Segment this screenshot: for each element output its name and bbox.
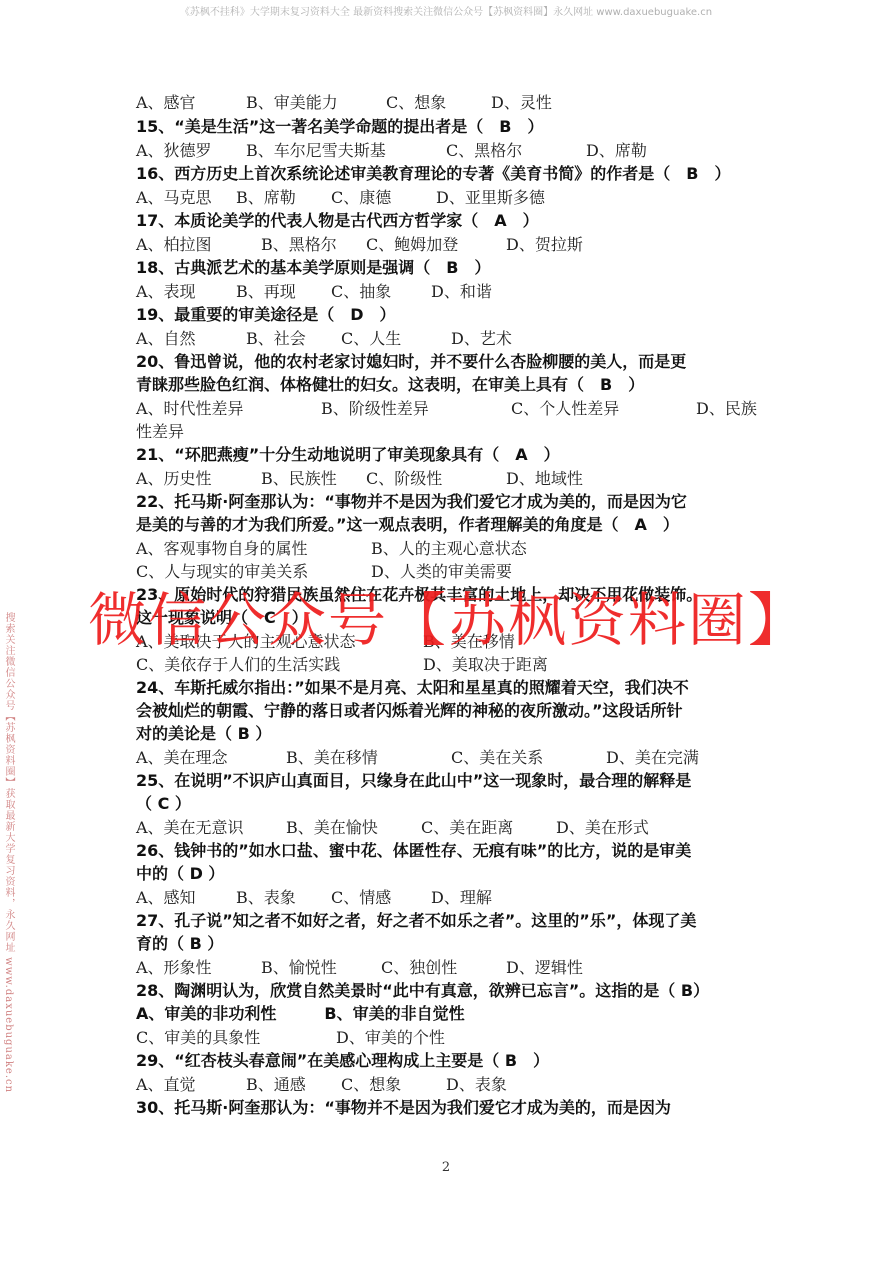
answer-option: A、美在无意识 bbox=[136, 817, 244, 839]
answer-option: D、亚里斯多德 bbox=[436, 187, 545, 209]
answer-option: D、美在形式 bbox=[556, 817, 649, 839]
answer-option: C、阶级性 bbox=[366, 468, 442, 490]
answer-option: D、和谐 bbox=[431, 281, 492, 303]
answer-option: C、个人性差异 bbox=[511, 398, 619, 420]
answer-option: A、柏拉图 bbox=[136, 234, 212, 256]
question-text-line: 27、孔子说”知之者不如好之者，好之者不如乐之者”。这里的”乐”，体现了美 bbox=[136, 910, 696, 932]
answer-option: D、美在完满 bbox=[606, 747, 699, 769]
question-text-line: 25、在说明”不识庐山真面目，只缘身在此山中”这一现象时，最合理的解释是 bbox=[136, 770, 691, 792]
answer-option: A、感官 bbox=[136, 92, 196, 114]
answer-option: A、狄德罗 bbox=[136, 140, 212, 162]
question-text-line: 29、“红杏枝头春意闹”在美感心理构成上主要是（ B ） bbox=[136, 1050, 549, 1072]
answer-option: B、美在移情 bbox=[423, 631, 515, 653]
answer-option: C、情感 bbox=[331, 887, 391, 909]
answer-option: B、愉悦性 bbox=[261, 957, 337, 979]
answer-option: B、再现 bbox=[236, 281, 296, 303]
answer-option: C、人生 bbox=[341, 328, 401, 350]
question-text-line: 20、鲁迅曾说，他的农村老家讨媳妇时，并不要什么杏脸柳腰的美人，而是更 bbox=[136, 351, 686, 373]
answer-option: A、历史性 bbox=[136, 468, 212, 490]
question-text-line: 对的美论是（ B ） bbox=[136, 723, 271, 745]
question-text-line: 青睐那些脸色红润、体格健壮的妇女。这表明，在审美上具有（ B ） bbox=[136, 374, 644, 396]
answer-option: D、美取决于距离 bbox=[423, 654, 548, 676]
answer-option: B、美在愉快 bbox=[286, 817, 378, 839]
answer-option: B、席勒 bbox=[236, 187, 296, 209]
answer-option: D、民族 bbox=[696, 398, 757, 420]
answer-option: B、社会 bbox=[246, 328, 306, 350]
answer-option: C、黑格尔 bbox=[446, 140, 522, 162]
answer-option: C、康德 bbox=[331, 187, 391, 209]
answer-option: C、抽象 bbox=[331, 281, 391, 303]
answer-option: D、地域性 bbox=[506, 468, 583, 490]
answer-option: A、感知 bbox=[136, 887, 196, 909]
answer-option: A、马克思 bbox=[136, 187, 212, 209]
answer-option: D、席勒 bbox=[586, 140, 647, 162]
answer-option: C、想象 bbox=[386, 92, 446, 114]
answer-option: D、人类的审美需要 bbox=[371, 561, 512, 583]
answer-option: B、车尔尼雪夫斯基 bbox=[246, 140, 386, 162]
answer-option: A、时代性差异 bbox=[136, 398, 244, 420]
answer-option: C、美在关系 bbox=[451, 747, 543, 769]
side-watermark-text: 搜索关注微信公众号【苏枫资料圈】获取最新大学复习资料，永久网址 www.daxu… bbox=[2, 612, 16, 1093]
answer-option: B、美在移情 bbox=[286, 747, 378, 769]
question-text-line: 中的（ D ） bbox=[136, 863, 224, 885]
question-text-line: 30、托马斯·阿奎那认为：“事物并不是因为我们爱它才成为美的，而是因为 bbox=[136, 1097, 671, 1119]
answer-option: D、贺拉斯 bbox=[506, 234, 583, 256]
answer-option: A、形象性 bbox=[136, 957, 212, 979]
question-text-line: 16、西方历史上首次系统论述审美教育理论的专著《美育书简》的作者是（ B ） bbox=[136, 163, 730, 185]
answer-option: A、客观事物自身的属性 bbox=[136, 538, 308, 560]
question-text-line: 28、陶渊明认为，欣赏自然美景时“此中有真意，欲辨已忘言”。这指的是（ B） bbox=[136, 980, 709, 1002]
page-header-banner: 《苏枫不挂科》大学期末复习资料大全 最新资料搜索关注微信公众号【苏枫资料圈】永久… bbox=[0, 3, 892, 18]
answer-option: C、想象 bbox=[341, 1074, 401, 1096]
answer-option: B、黑格尔 bbox=[261, 234, 337, 256]
question-text-line: 22、托马斯·阿奎那认为：“事物并不是因为我们爱它才成为美的，而是因为它 bbox=[136, 491, 687, 513]
answer-option: C、美依存于人们的生活实践 bbox=[136, 654, 340, 676]
answer-option: D、理解 bbox=[431, 887, 492, 909]
answer-option: C、审美的具象性 bbox=[136, 1027, 260, 1049]
answer-option: D、艺术 bbox=[451, 328, 512, 350]
answer-option: C、人与现实的审美关系 bbox=[136, 561, 308, 583]
question-text-line: 育的（ B ） bbox=[136, 933, 223, 955]
answer-option: D、灵性 bbox=[491, 92, 552, 114]
question-text-line: 19、最重要的审美途径是（ D ） bbox=[136, 304, 396, 326]
question-text-line: 15、“美是生活”这一著名美学命题的提出者是（ B ） bbox=[136, 116, 544, 138]
answer-option: D、表象 bbox=[446, 1074, 507, 1096]
answer-option: A、美在理念 bbox=[136, 747, 228, 769]
answer-option: D、审美的个性 bbox=[336, 1027, 445, 1049]
question-text-line: 23、原始时代的狩猎民族虽然住在花卉极其丰富的土地上，却决不用花做装饰。 bbox=[136, 584, 702, 606]
answer-option: A、自然 bbox=[136, 328, 196, 350]
answer-option: A、美取决于人的主观心意状态 bbox=[136, 631, 356, 653]
answer-option: B、审美能力 bbox=[246, 92, 338, 114]
question-text-line: （ C ） bbox=[136, 793, 191, 815]
question-text-line: 18、古典派艺术的基本美学原则是强调（ B ） bbox=[136, 257, 490, 279]
question-text-line: 会被灿烂的朝霞、宁静的落日或者闪烁着光辉的神秘的夜所激动。”这段话所针 bbox=[136, 700, 683, 722]
answer-option: C、美在距离 bbox=[421, 817, 513, 839]
answer-option: B、阶级性差异 bbox=[321, 398, 429, 420]
answer-option: C、鲍姆加登 bbox=[366, 234, 458, 256]
question-text-line: 26、钱钟书的”如水口盐、蜜中花、体匿性存、无痕有味”的比方，说的是审美 bbox=[136, 840, 691, 862]
answer-option: B、通感 bbox=[246, 1074, 306, 1096]
answer-option: C、独创性 bbox=[381, 957, 457, 979]
question-text-line: 17、本质论美学的代表人物是古代西方哲学家（ A ） bbox=[136, 210, 539, 232]
answer-option: D、逻辑性 bbox=[506, 957, 583, 979]
question-text-line: A、审美的非功利性 B、审美的非自觉性 bbox=[136, 1003, 465, 1025]
answer-option: 性差异 bbox=[136, 421, 184, 443]
question-text-line: 这一现象说明（ C ） bbox=[136, 607, 308, 629]
answer-option: A、表现 bbox=[136, 281, 196, 303]
answer-option: B、人的主观心意状态 bbox=[371, 538, 527, 560]
question-text-line: 24、车斯托威尔指出：”如果不是月亮、太阳和星星真的照耀着天空，我们决不 bbox=[136, 677, 689, 699]
answer-option: A、直觉 bbox=[136, 1074, 196, 1096]
question-text-line: 21、“环肥燕瘦”十分生动地说明了审美现象具有（ A ） bbox=[136, 444, 560, 466]
question-text-line: 是美的与善的才为我们所爱。”这一观点表明，作者理解美的角度是（ A ） bbox=[136, 514, 679, 536]
answer-option: B、民族性 bbox=[261, 468, 337, 490]
page-number: 2 bbox=[0, 1160, 892, 1175]
answer-option: B、表象 bbox=[236, 887, 296, 909]
